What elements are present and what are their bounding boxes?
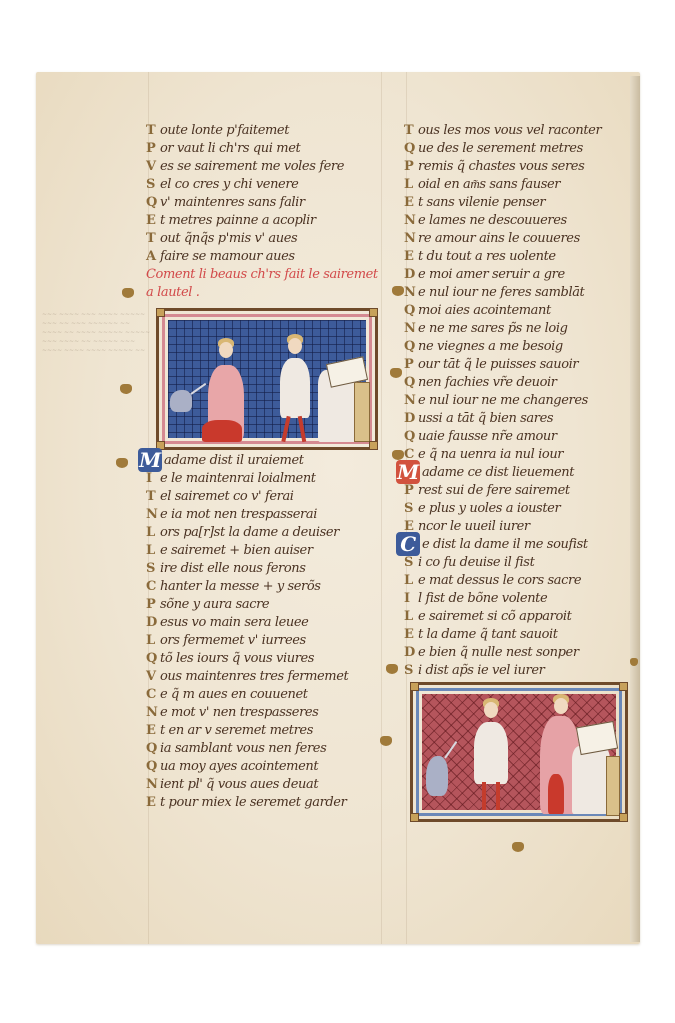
altar-cloth xyxy=(572,746,610,814)
verse-line: Nient pl' q̃ vous aues deuat xyxy=(146,776,381,794)
marginal-drollery xyxy=(116,458,128,468)
lady-head xyxy=(219,342,233,358)
verse-line: Afaire se mamour aues xyxy=(146,248,376,266)
verse-line: Nre amour ains le couueres xyxy=(404,230,634,248)
verse-line: Ves se sairement me voles fere xyxy=(146,158,376,176)
marginal-drollery xyxy=(122,288,134,298)
verse-line: Desus vo main sera leuee xyxy=(146,614,381,632)
verse-line: Et du tout a res uolente xyxy=(404,248,634,266)
verse-line: Loial en am͂s sans fauser xyxy=(404,176,634,194)
verse-line: Ne ne me sares p̃s ne loig xyxy=(404,320,634,338)
miniature-man-unicorn-cleric xyxy=(410,682,628,822)
verse-line: Qne viegnes a me besoig xyxy=(404,338,634,356)
marginal-drollery xyxy=(386,664,398,674)
decorated-initial-m: M xyxy=(396,460,420,484)
verse-line: Le mat dessus le cors sacre xyxy=(404,572,634,590)
verse-line: De bien q̃ nulle nest sonper xyxy=(404,644,634,662)
ruling-line xyxy=(381,72,382,944)
unicorn-figure xyxy=(426,756,448,796)
rubric-line: Coment li beaus ch'rs fait le sairemet xyxy=(146,266,376,284)
verse-line: Encor le uueil iurer xyxy=(404,518,634,536)
verse-line: Le sairemet si cõ apparoit xyxy=(404,608,634,626)
marginal-drollery xyxy=(512,842,524,852)
verse-line: Sire dist elle nous ferons xyxy=(146,560,381,578)
verse-line: Qua moy ayes acointement xyxy=(146,758,381,776)
verse-line: Psõne y aura sacre xyxy=(146,596,381,614)
unicorn-figure xyxy=(170,390,192,412)
manuscript-page: ~~~ ~~~~ ~~~ ~~~~ ~~~~~ ~~~ ~~ ~~~ ~~~~~… xyxy=(36,72,640,944)
open-book xyxy=(576,721,618,755)
verse-line: Tout q̃nq̃s p'mis v' aues xyxy=(146,230,376,248)
marginal-notes: ~~~ ~~~~ ~~~ ~~~~ ~~~~~ ~~~ ~~ ~~~ ~~~~~… xyxy=(42,310,167,355)
verse-line: Si dist ap̃s ie vel iurer xyxy=(404,662,634,680)
verse-line: Ne nul iour ne feres samblāt xyxy=(404,284,634,302)
verse-line: Qnen fachies vr̃e deuoir xyxy=(404,374,634,392)
decorated-initial-m: M xyxy=(138,448,162,472)
verse-line: Lors pa[r]st la dame a deuiser xyxy=(146,524,381,542)
diapered-blue-background xyxy=(168,320,366,438)
verse-line: Chanter la messe + y serõs xyxy=(146,578,381,596)
young-man-figure xyxy=(280,358,310,418)
verse-line: Tous les mos vous vel raconter xyxy=(404,122,634,140)
young-man-head xyxy=(288,338,302,354)
verse-line: Dussi a tāt q̃ bien sares xyxy=(404,410,634,428)
verse-line: Tel sairemet co v' ferai xyxy=(146,488,381,506)
verse-line: Il fist de bõne volente xyxy=(404,590,634,608)
verse-line: Ne lames ne descouueres xyxy=(404,212,634,230)
verse-line: Lors fermemet v' iurrees xyxy=(146,632,381,650)
verse-line: Que des le serement metres xyxy=(404,140,634,158)
marginal-drollery xyxy=(392,286,404,296)
verse-line: Quaie fausse nr̃e amour xyxy=(404,428,634,446)
verse-line: Ne nul iour ne me changeres xyxy=(404,392,634,410)
verse-line: Premis q̃ chastes vous seres xyxy=(404,158,634,176)
verse-line: De moi amer seruir a gre xyxy=(404,266,634,284)
verse-line: Et metres painne a acoplir xyxy=(146,212,376,230)
verse-line: Et sans vilenie penser xyxy=(404,194,634,212)
rubric-line: a lautel . xyxy=(146,284,376,302)
verse-line: Sel co cres y chi venere xyxy=(146,176,376,194)
miniature-lady-unicorn xyxy=(156,308,378,450)
verse-line: Qmoi aies acointemant xyxy=(404,302,634,320)
verse-line: Ne ia mot nen trespasserai xyxy=(146,506,381,524)
left-column-lower: Madame dist il uraiemet Ie le maintenrai… xyxy=(146,452,381,812)
verse-line: Qtõ les iours q̃ vous viures xyxy=(146,650,381,668)
marginal-drollery xyxy=(392,450,404,460)
verse-line: Pour tāt q̃ le puisses sauoir xyxy=(404,356,634,374)
verse-line: Ce q̃ na uenra ia nul iour xyxy=(404,446,634,464)
marginal-drollery xyxy=(380,736,392,746)
verse-line: Ie le maintenrai loialment xyxy=(146,470,381,488)
verse-line: Ce q̃ m aues en couuenet xyxy=(146,686,381,704)
verse-line: Ce dist la dame il me soufist xyxy=(404,536,634,554)
verse-line: Prest sui de fere sairemet xyxy=(404,482,634,500)
verse-line: Vous maintenres tres fermemet xyxy=(146,668,381,686)
marginal-drollery xyxy=(390,368,402,378)
verse-line: Qv' maintenres sans falir xyxy=(146,194,376,212)
left-column: Toute lonte p'faitemet Por vaut li ch'rs… xyxy=(146,122,376,302)
marginal-drollery xyxy=(630,658,638,666)
verse-line: Madame ce dist lieuement xyxy=(404,464,634,482)
verse-line: Et en ar v seremet metres xyxy=(146,722,381,740)
verse-line: Ne mot v' nen trespasseres xyxy=(146,704,381,722)
verse-line: Madame dist il uraiemet xyxy=(146,452,381,470)
verse-line: Se plus y uoles a iouster xyxy=(404,500,634,518)
altar xyxy=(606,756,620,816)
verse-line: Qia samblant vous nen feres xyxy=(146,740,381,758)
cleric-head xyxy=(554,698,568,714)
verse-line: Et pour miex le seremet garder xyxy=(146,794,381,812)
marginal-drollery xyxy=(120,384,132,394)
verse-line: Et la dame q̃ tant sauoit xyxy=(404,626,634,644)
young-man-figure xyxy=(474,722,508,784)
decorated-initial-c: C xyxy=(396,532,420,556)
altar xyxy=(354,382,370,442)
young-man-head xyxy=(484,702,498,718)
verse-line: Toute lonte p'faitemet xyxy=(146,122,376,140)
verse-line: Si co fu deuise il fist xyxy=(404,554,634,572)
verse-line: Por vaut li ch'rs qui met xyxy=(146,140,376,158)
verse-line: Le sairemet + bien auiser xyxy=(146,542,381,560)
right-column: Tous les mos vous vel raconter Que des l… xyxy=(404,122,634,680)
diapered-red-background xyxy=(422,694,616,810)
